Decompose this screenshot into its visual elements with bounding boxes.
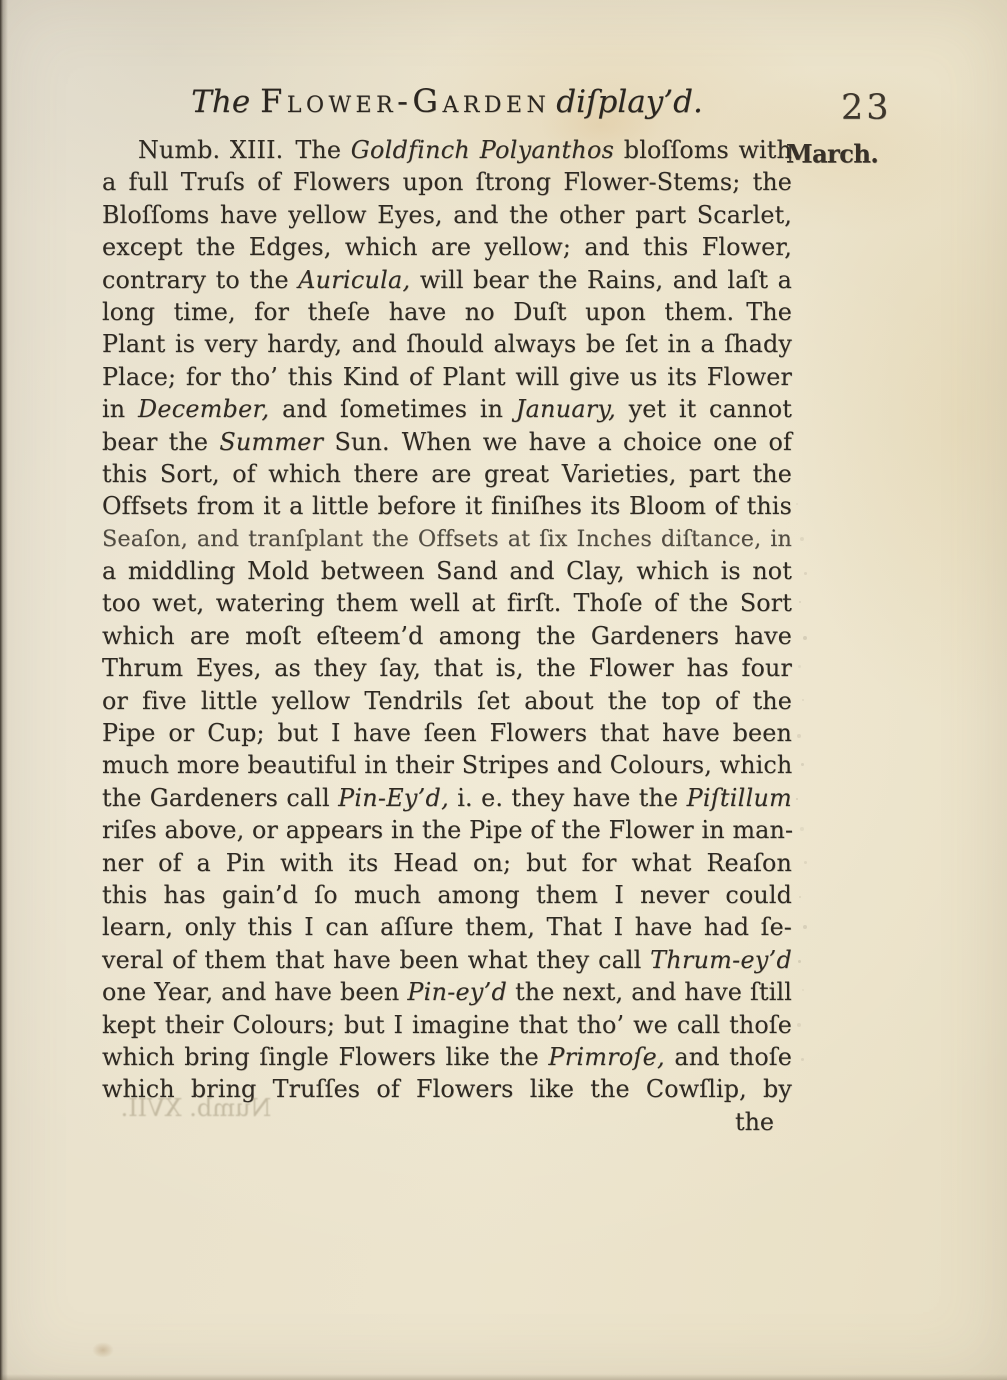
text-segment: long time, for theſe have no Duſt upon t… <box>102 298 792 326</box>
text-segment: ner of a Pin with its Head on; but for w… <box>102 849 792 877</box>
ink-speck <box>798 665 801 668</box>
italic-text-segment: Piſtillum <box>687 784 792 812</box>
text-segment: Thrum Eyes, as they ſay, that is, the Fl… <box>102 654 792 682</box>
text-segment: Seaſon, and tranſplant the Offsets at ſi… <box>102 526 792 552</box>
ink-speck <box>797 734 801 738</box>
ink-speck <box>800 537 804 541</box>
text-segment: which are moſt eſteem’d among the Garden… <box>102 622 792 650</box>
ink-speck <box>804 572 807 575</box>
ink-speck <box>798 960 801 963</box>
text-segment: and ſometimes in <box>269 395 515 423</box>
ink-speck <box>799 896 801 898</box>
text-segment: the Gardeners call <box>102 784 338 812</box>
text-segment: kept their Colours; but I imagine that t… <box>102 1011 792 1039</box>
text-segment: riſes above, or appears in the Pipe of t… <box>102 816 793 844</box>
text-line: kept their Colours; but I imagine that t… <box>102 1009 792 1041</box>
show-through-text: Numb. XVII. <box>96 1094 296 1122</box>
text-line: in December, and ſometimes in January, y… <box>102 393 792 425</box>
text-segment: Bloſſoms have yellow Eyes, and the other… <box>102 201 792 229</box>
text-segment: bloſſoms with <box>614 136 792 164</box>
text-segment: Numb. XIII. The <box>138 136 351 164</box>
text-segment: bear the <box>102 428 219 456</box>
text-segment: or five little yellow Tendrils ſet about… <box>102 687 792 715</box>
text-line: riſes above, or appears in the Pipe of t… <box>102 814 792 846</box>
text-line: contrary to the Auricula, will bear the … <box>102 264 792 296</box>
text-segment: a full Truſs of Flowers upon ſtrong Flow… <box>102 168 792 196</box>
italic-text-segment: Thrum-ey’d <box>650 946 792 974</box>
text-segment: this Sort, of which there are great Vari… <box>102 460 792 488</box>
text-segment: one Year, and have been <box>102 978 407 1006</box>
ink-speck <box>803 636 807 640</box>
text-line: which bring ſingle Flowers like the Prim… <box>102 1041 792 1073</box>
text-segment: a middling Mold between Sand and Clay, w… <box>102 557 792 585</box>
text-line: or five little yellow Tendrils ſet about… <box>102 685 792 717</box>
text-segment: contrary to the <box>102 266 298 294</box>
italic-text-segment: January, <box>516 395 616 423</box>
italic-text-segment: Pin-ey’d <box>407 978 507 1006</box>
text-line: ner of a Pin with its Head on; but for w… <box>102 847 792 879</box>
ink-speck <box>801 1058 804 1061</box>
text-segment: in <box>102 395 138 423</box>
ink-speck <box>804 861 807 864</box>
ink-speck <box>802 989 804 991</box>
text-line: learn, only this I can aſſure them, That… <box>102 911 792 943</box>
ink-speck <box>796 798 798 800</box>
text-segment: Sun. When we have a choice one of <box>323 428 792 456</box>
text-segment: learn, only this I can aſſure them, That… <box>102 913 792 941</box>
text-segment: yet it cannot <box>616 395 792 423</box>
ink-speck <box>802 699 804 701</box>
text-line: much more beautiful in their Stripes and… <box>102 749 792 781</box>
italic-text-segment: Summer <box>219 428 323 456</box>
text-line: Plant is very hardy, and ſhould always b… <box>102 328 792 360</box>
ink-speck <box>803 925 807 929</box>
text-line: veral of them that have been what they c… <box>102 944 792 976</box>
text-line: Numb. XIII. The Goldfinch Polyanthos blo… <box>102 134 792 166</box>
text-line: one Year, and have been Pin-ey’d the nex… <box>102 976 792 1008</box>
margin-note-month: March. <box>786 138 878 169</box>
paper-stain <box>92 1342 114 1358</box>
text-line: Place; for tho’ this Kind of Plant will … <box>102 361 792 393</box>
text-line: too wet, watering them well at firſt. Th… <box>102 587 792 619</box>
text-segment: much more beautiful in their Stripes and… <box>102 751 792 779</box>
text-line: which are moſt eſteem’d among the Garden… <box>102 620 792 652</box>
italic-text-segment: December, <box>138 395 269 423</box>
text-segment: i. e. they have the <box>449 784 687 812</box>
text-line: except the Edges, which are yellow; and … <box>102 231 792 263</box>
ink-speck <box>797 1023 801 1027</box>
text-segment: which bring ſingle Flowers like the <box>102 1043 548 1071</box>
text-line: long time, for theſe have no Duſt upon t… <box>102 296 792 328</box>
text-line: Seaſon, and tranſplant the Offsets at ſi… <box>102 523 792 555</box>
text-segment: Place; for tho’ this Kind of Plant will … <box>102 363 792 391</box>
text-segment: too wet, watering them well at firſt. Th… <box>102 589 792 617</box>
running-header: TheFlower-Gardendiſplay’d. <box>102 80 792 123</box>
ink-speck <box>799 601 801 603</box>
text-line: Pipe or Cup; but I have ſeen Flowers tha… <box>102 717 792 749</box>
text-segment: will bear the Rains, and laſt a <box>410 266 792 294</box>
italic-text-segment: Goldfinch Polyanthos <box>351 136 614 164</box>
header-title-main: Flower-Garden <box>250 82 556 120</box>
text-line: a middling Mold between Sand and Clay, w… <box>102 555 792 587</box>
text-line: a full Truſs of Flowers upon ſtrong Flow… <box>102 166 792 198</box>
text-segment: Plant is very hardy, and ſhould always b… <box>102 330 792 358</box>
header-title-the: The <box>191 84 250 120</box>
text-line: this has gain’d ſo much among them I nev… <box>102 879 792 911</box>
page-number: 23 <box>841 88 892 128</box>
ink-speck <box>800 827 804 831</box>
text-segment: and thoſe <box>665 1043 792 1071</box>
text-line: Bloſſoms have yellow Eyes, and the other… <box>102 199 792 231</box>
italic-text-segment: Pin-Ey’d, <box>338 784 449 812</box>
italic-text-segment: Primroſe, <box>548 1043 664 1071</box>
header-title-displayd: diſplay’d. <box>556 84 703 120</box>
text-line: Offsets from it a little before it finiſ… <box>102 490 792 522</box>
body-text: Numb. XIII. The Goldfinch Polyanthos blo… <box>102 134 792 1106</box>
text-segment: except the Edges, which are yellow; and … <box>102 233 792 261</box>
text-segment: Pipe or Cup; but I have ſeen Flowers tha… <box>102 719 792 747</box>
text-line: bear the Summer Sun. When we have a choi… <box>102 426 792 458</box>
text-segment: this has gain’d ſo much among them I nev… <box>102 881 792 909</box>
italic-text-segment: Auricula, <box>298 266 410 294</box>
page-left-edge <box>0 0 8 1380</box>
ink-speck <box>796 503 798 505</box>
ink-speck <box>801 763 804 766</box>
text-line: this Sort, of which there are great Vari… <box>102 458 792 490</box>
page-bottom-edge <box>0 1374 1007 1380</box>
text-line: the Gardeners call Pin-Ey’d, i. e. they … <box>102 782 792 814</box>
text-segment: veral of them that have been what they c… <box>102 946 650 974</box>
book-page-scan: TheFlower-Gardendiſplay’d. 23 March. Num… <box>0 0 1007 1380</box>
text-segment: Offsets from it a little before it finiſ… <box>102 492 792 520</box>
text-segment: the next, and have ſtill <box>507 978 792 1006</box>
text-line: Thrum Eyes, as they ſay, that is, the Fl… <box>102 652 792 684</box>
